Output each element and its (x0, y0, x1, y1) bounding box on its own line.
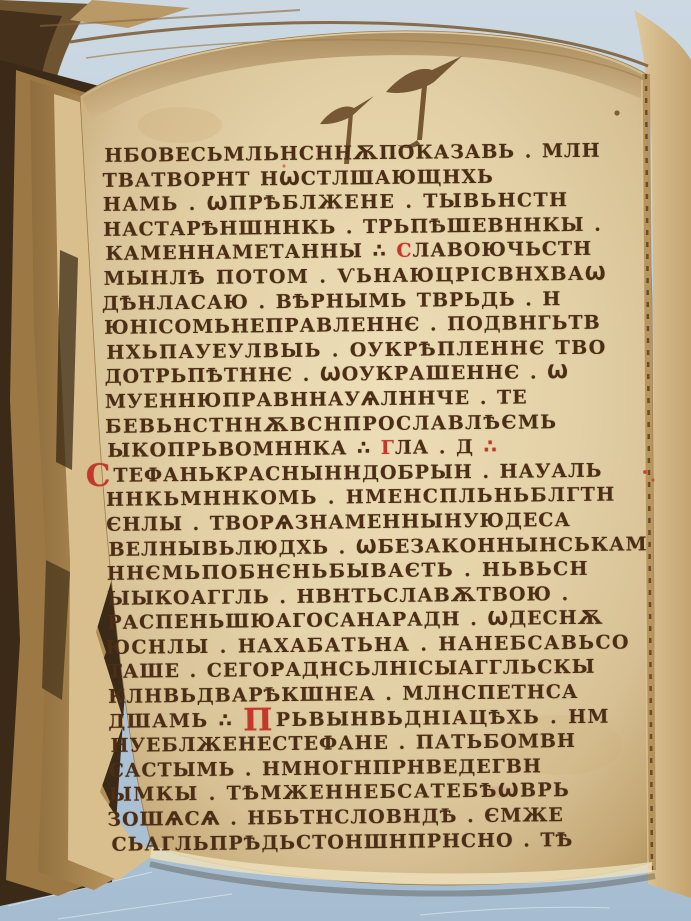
manuscript-photo: НБОВЕСЬМЛЬНСННѪПОКАЗАВЬ . МЛНТВАТВОРНТ Н… (0, 0, 691, 921)
rubric-text: Г (381, 437, 395, 459)
ink-text: РАСПЕНЬШЮАГОСАНАРАДН . ѠДЕСНѪ (107, 607, 603, 634)
rubric-initial: С (86, 458, 114, 494)
ink-text: ЛАВОЮЧЬСТН (412, 238, 592, 262)
ink-text: ЗОШѦСѦ . НБЬТНСЛОВНДѢ . ЄМЖЕ (107, 804, 564, 831)
ink-text: РЬВЫНВЬДНІАЦѢХЬ . НМ (276, 705, 610, 730)
ink-text: ТЕФАНЬКРАСНЫННДОБРЫН . НАУАЛЬ (113, 459, 602, 486)
ink-text: ЫМКЫ . ТѢМЖЕННЕБСАТЕБѢѠВРЬ (109, 779, 570, 806)
ink-text: КЛНВЬДВАРѢКШНЕА . МЛНСПЕТНСА (108, 681, 579, 708)
ink-text: КАМЕННАМЕТАННЫ ∴ (105, 240, 396, 265)
ink-text: НУЕБЛЖЕНЕСТЕФАНЕ . ПАТЬБОМВН (110, 730, 576, 757)
ink-text: ННКЬМННКОМЬ . НМЕНСПЛЬНЬБЛГТН (106, 484, 616, 511)
ink-text: ЄНЛЫ . ТВОРѦЗНАМЕННЫНУЮДЕСА (106, 509, 571, 536)
ink-text: САСТЫМЬ . НМНОГНПРНВЕДЕГВН (109, 755, 542, 782)
ink-text: ННЄМЬПОБНЄНЬБЫВАЄТЬ . НЬВЬСН (107, 558, 589, 585)
ink-text: ЛА . Д (395, 436, 484, 459)
text-block: НБОВЕСЬМЛЬНСННѪПОКАЗАВЬ . МЛНТВАТВОРНТ Н… (102, 138, 661, 857)
rubric-text: ∴ (483, 436, 497, 458)
ink-text: ДОТРЬПѢТННЄ . ѠОУКРАШЕННЄ . Ѡ (105, 361, 569, 388)
ink-text: ЮНІСОМЬНЕПРАВЛЕННЄ . ПОДВНГЬТВ (104, 312, 601, 339)
ink-text: ДѢНЛАСАЮ . ВѢРНЫМЬ ТВРЬДЬ . Н (102, 288, 562, 315)
ink-text: ТВАТВОРНТ НѠСТЛШАЮЩНХЬ (103, 165, 494, 191)
ink-text: ВЕЛНЫВЬЛЮДХЬ . ѠБЕЗАКОННЫНСЬКАМ (108, 533, 647, 561)
ink-text: МЫНЛѢ ПОТОМ . ѴЬНАЮЦРІСВНХВАѠ (104, 263, 607, 290)
ink-text: ДШАМЬ ∴ (108, 709, 243, 732)
ink-text: МУЕННЮПРАВННАУѦЛННЧЕ . ТЕ (105, 386, 528, 412)
ink-text: ТАШЕ . СЕГОРАДНСЬЛНІСЫАГГЛЬСКЫ (108, 656, 596, 683)
ink-text: ЫЫКОАГГЛЬ . НВНТЬСЛАВѪТВОЮ . (107, 583, 569, 610)
ink-text: ЮСНЛЫ . НАХАБАТЬНА . НАНЕБСАВЬСО (105, 631, 630, 658)
ink-text: НАСТАРѢНШННКЬ . ТРЬПѢШЕВННКЫ . (103, 213, 602, 240)
ink-text: СЬАГЛЬПРѢДЬСТОНШНПРНСНО . ТѢ (112, 829, 574, 856)
ink-text: ЫКОПРЬВОМННКА ∴ (107, 437, 381, 462)
rubric-text: С (396, 240, 412, 262)
ink-text: БЕВЬНСТННѪВСНПРОСЛАВЛѢЄМЬ (105, 411, 557, 438)
ink-text: НАМЬ . ѠПРѢБЛЖЕНЕ . ТЫВЬНСТН (103, 189, 569, 216)
ink-text: НХЬПАУЕУЛВЫЬ . ОУКРѢПЛЕННЄ ТВО (106, 336, 606, 363)
ink-text: НБОВЕСЬМЛЬНСННѪПОКАЗАВЬ . МЛН (104, 140, 601, 167)
